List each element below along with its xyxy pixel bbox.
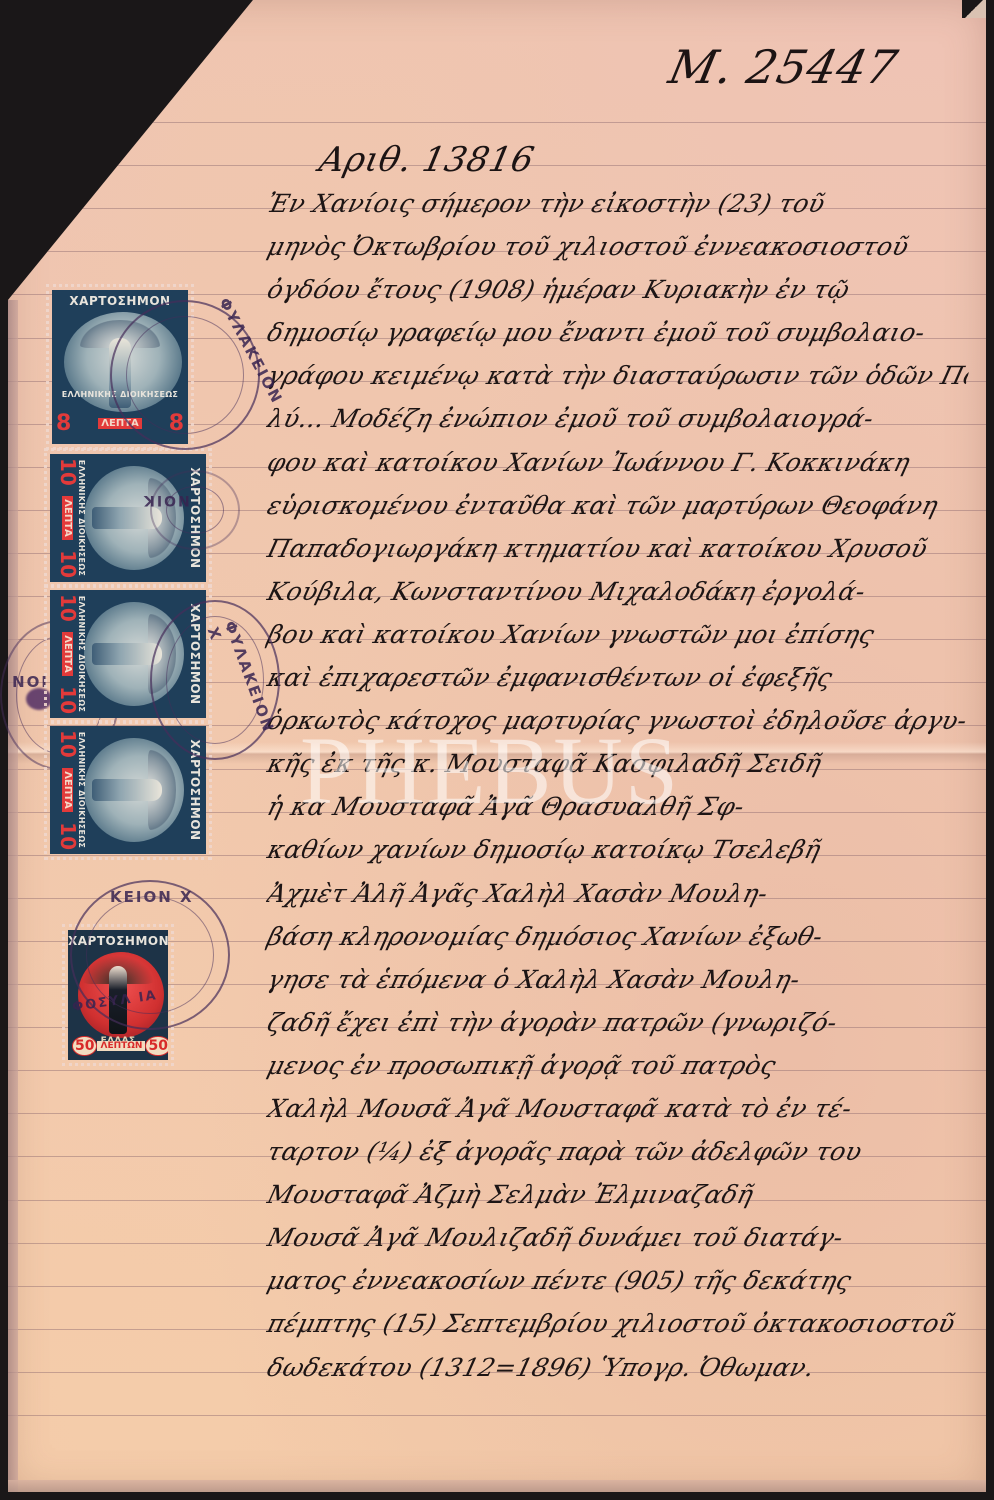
torn-corner <box>962 0 986 18</box>
stamp-unit: ΛΕΠΤΑ <box>63 768 74 812</box>
postmark-text: ΦΟΣΥΛ ΙΑ <box>71 988 158 1015</box>
handwritten-line: δωδεκάτου (1312=1896) Ὑπογρ. Ὀθωμαν. <box>263 1346 974 1389</box>
stamp-value: 10 <box>56 822 80 850</box>
stamp-value: 50 <box>145 1036 168 1056</box>
stamp-unit: ΛΕΠΤΩΝ <box>97 1041 145 1051</box>
paper-edge <box>8 1480 986 1492</box>
stamp-value: 10 <box>56 686 80 714</box>
stamp-value: 50 <box>72 1036 97 1056</box>
handwritten-line: ζαδῆ ἔχει ἐπὶ τὴν ἀγορὰν πατρῶν (γνωριζό… <box>263 1001 974 1044</box>
handwritten-line: γησε τὰ ἑπόμενα ὁ Χαλὴλ Χασὰν Μουλη- <box>263 958 974 1001</box>
handwritten-line: ἡ κα Μουσταφᾶ Ἀγᾶ Θρασυαλθῆ Σφ- <box>263 785 974 828</box>
handwritten-line: Ἐν Χανίοις σήμερον τὴν εἰκοστὴν (23) τοῦ <box>263 182 974 225</box>
postmark: ΝΟΙΚ <box>150 470 240 550</box>
handwritten-line: Μουσταφᾶ Ἀζμὴ Σελμὰν Ἐλμιναζαδῆ <box>263 1173 974 1216</box>
postmark: ΚΕΙΟΝ Χ ΦΟΣΥΛ ΙΑ <box>70 880 230 1030</box>
paper-edge <box>8 300 18 1492</box>
stamp-value: 10 <box>56 550 80 578</box>
handwritten-line: μηνὸς Ὀκτωβρίου τοῦ χιλιοστοῦ ἐννεακοσιο… <box>263 225 974 268</box>
handwritten-line: βάση κληρονομίας δημόσιος Χανίων ἐξωθ- <box>263 915 974 958</box>
stamp-unit: ΛΕΠΤΑ <box>63 496 74 540</box>
handwritten-line: μενος ἐν προσωπικῇ ἀγορᾷ τοῦ πατρὸς <box>263 1044 974 1087</box>
handwritten-line: ματος ἐννεακοσίων πέντε (905) τῆς δεκάτη… <box>263 1259 974 1302</box>
stamp-value: 10 <box>56 458 80 486</box>
handwritten-line: λύ... Μοδέζη ἐνώπιον ἐμοῦ τοῦ συμβολαιογ… <box>263 397 974 440</box>
handwritten-line: γράφου κειμένῳ κατὰ τὴν διασταύρωσιν τῶν… <box>263 354 974 397</box>
handwritten-line: κῆς ἐκ τῆς κ. Μουσταφᾶ Κασφιλαδῆ Σειδῆ <box>263 742 974 785</box>
handwritten-line: φου καὶ κατοίκου Χανίων Ἰωάννου Γ. Κοκκι… <box>263 441 974 484</box>
handwritten-line: πέμπτης (15) Σεπτεμβρίου χιλιοστοῦ ὀκτακ… <box>263 1302 974 1345</box>
handwritten-line: βου καὶ κατοίκου Χανίων γνωστῶν μοι ἐπίσ… <box>263 613 974 656</box>
stamp-value: 10 <box>56 730 80 758</box>
postmark-text: ΦΥΛΑΚΕΙΟΝ Χ <box>204 619 278 742</box>
handwritten-line: Μουσᾶ Ἀγᾶ Μουλιζαδῆ δυνάμει τοῦ διατάγ- <box>263 1216 974 1259</box>
reference-number: Μ. 25447 <box>664 40 902 94</box>
handwritten-body: Ἐν Χανίοις σήμερον τὴν εἰκοστὴν (23) τοῦ… <box>268 182 968 1389</box>
handwritten-line: Κούβιλα, Κωνσταντίνου Μιχαλοδάκη ἐργολά- <box>263 570 974 613</box>
postmark-text: ΝΟΙΚ <box>142 492 190 508</box>
handwritten-line: δημοσίῳ γραφείῳ μου ἔναντι ἐμοῦ τοῦ συμβ… <box>263 311 974 354</box>
protocol-number: Αριθ. 13816 <box>316 140 538 180</box>
angel-figure-icon <box>92 779 162 801</box>
handwritten-line: ὀγδόου ἔτους (1908) ἡμέραν Κυριακὴν ἐν τ… <box>263 268 974 311</box>
handwritten-line: εὑρισκομένου ἐνταῦθα καὶ τῶν μαρτύρων Θε… <box>263 484 974 527</box>
handwritten-line: καθίων χανίων δημοσίῳ κατοίκῳ Τσελεβῆ <box>263 828 974 871</box>
handwritten-line: Παπαδογιωργάκη κτηματίου καὶ κατοίκου Χρ… <box>263 527 974 570</box>
ruled-line <box>8 1415 986 1416</box>
stamp-value: 10 <box>56 594 80 622</box>
postmark-text: ΚΕΙΟΝ Χ <box>110 888 194 906</box>
ruled-line <box>8 122 986 123</box>
handwritten-line: ὁρκωτὸς κάτοχος μαρτυρίας γνωστοὶ ἐδηλοῦ… <box>263 699 974 742</box>
handwritten-line: ταρτον (¼) ἐξ ἀγορᾶς παρὰ τῶν ἀδελφῶν το… <box>263 1130 974 1173</box>
handwritten-line: Χαλὴλ Μουσᾶ Ἀγᾶ Μουσταφᾶ κατὰ τὸ ἐν τέ- <box>263 1087 974 1130</box>
stamp-value: 8 <box>56 411 71 436</box>
handwritten-line: καὶ ἐπιχαρεστῶν ἐμφανισθέντων οἱ ἐφεξῆς <box>263 656 974 699</box>
stamp-unit: ΛΕΠΤΑ <box>63 632 74 676</box>
postmark: ΦΥΛΑΚΕΙΟΝ Χ <box>150 600 280 760</box>
document-scan: Μ. 25447 Αριθ. 13816 Ἐν Χανίοις σήμερον … <box>0 0 994 1500</box>
postmark: ΦΥΛΑΚΕΙΟΝ <box>110 300 260 450</box>
handwritten-line: Ἀχμὲτ Ἀλῆ Ἀγᾶς Χαλὴλ Χασὰν Μουλη- <box>263 872 974 915</box>
